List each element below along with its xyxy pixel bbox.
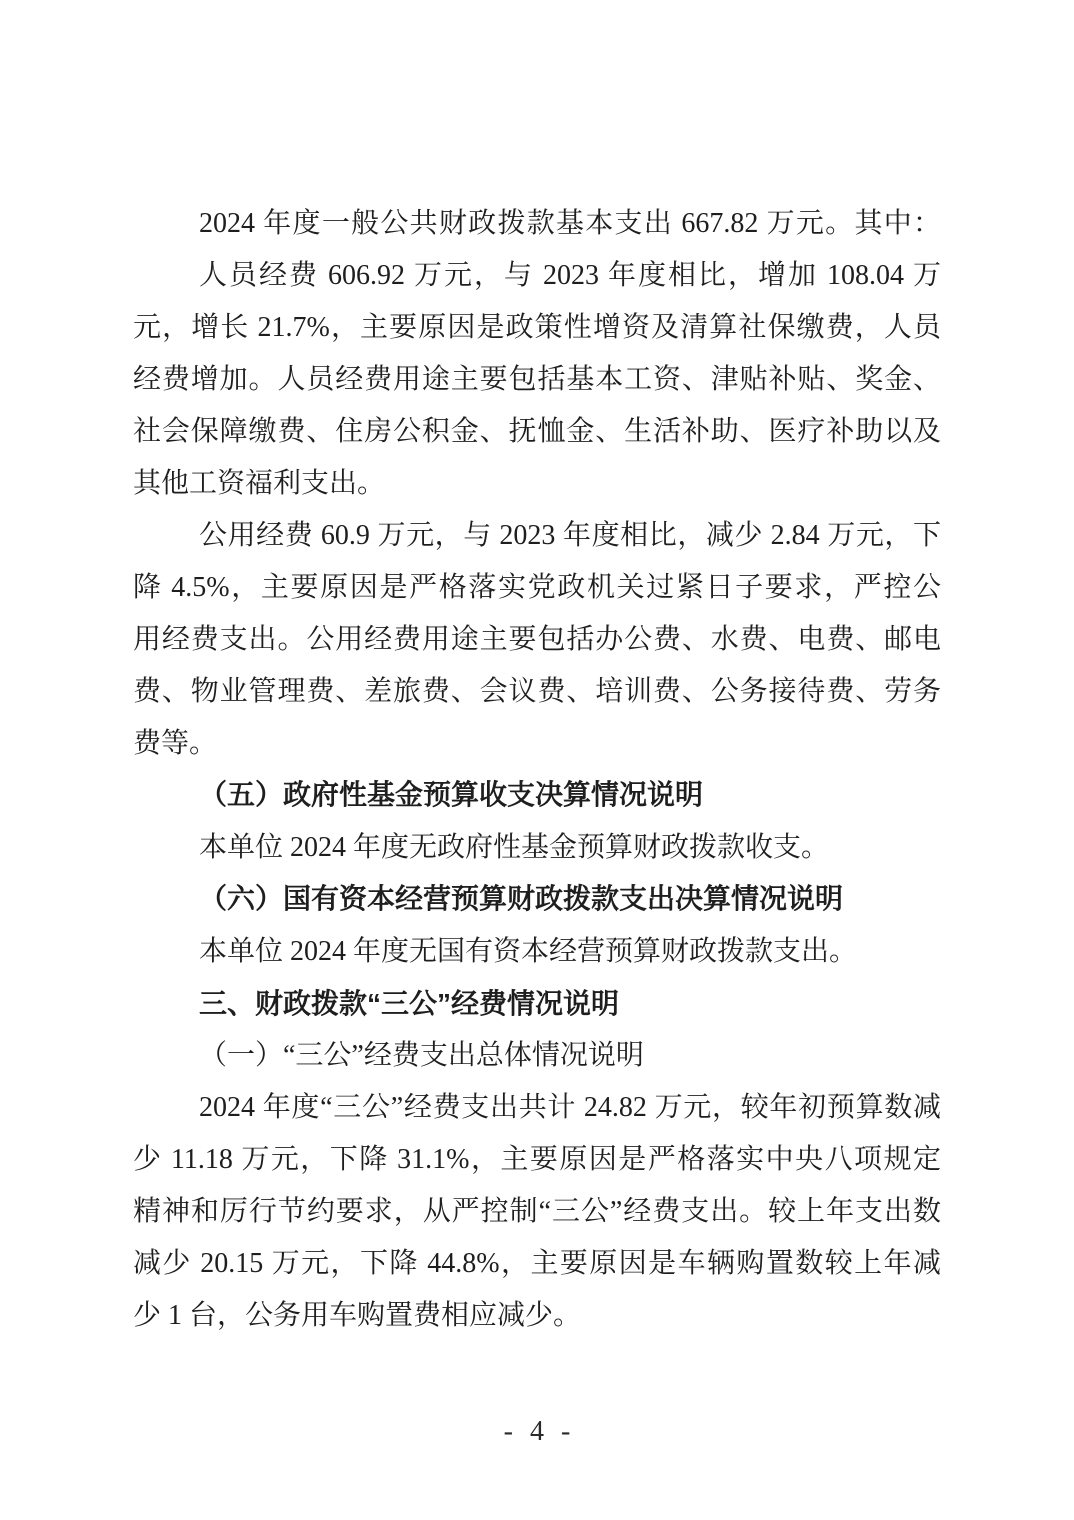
paragraph-line: 降 4.5%，主要原因是严格落实党政机关过紧日子要求，严控公 — [133, 562, 941, 614]
page-footer: - 4 - — [0, 1412, 1074, 1452]
paragraph-line: 经费增加。人员经费用途主要包括基本工资、津贴补贴、奖金、 — [133, 354, 941, 406]
paragraph-line: 少 11.18 万元，下降 31.1%，主要原因是严格落实中央八项规定 — [133, 1134, 941, 1186]
paragraph-line: 少 1 台，公务用车购置费相应减少。 — [133, 1290, 941, 1342]
paragraph-line: 其他工资福利支出。 — [133, 458, 941, 510]
paragraph-line: 公用经费 60.9 万元，与 2023 年度相比，减少 2.84 万元，下 — [133, 510, 941, 562]
paragraph-line: 费等。 — [133, 718, 941, 770]
paragraph-line: 元，增长 21.7%，主要原因是政策性增资及清算社保缴费，人员 — [133, 302, 941, 354]
paragraph-line: 本单位 2024 年度无国有资本经营预算财政拨款支出。 — [133, 926, 941, 978]
page-number: - 4 - — [504, 1416, 571, 1447]
paragraph-line: 2024 年度一般公共财政拨款基本支出 667.82 万元。其中： — [133, 198, 941, 250]
heading-section-five: （五）政府性基金预算收支决算情况说明 — [133, 770, 941, 822]
document-page: 2024 年度一般公共财政拨款基本支出 667.82 万元。其中： 人员经费 6… — [0, 0, 1074, 1520]
paragraph-line: 费、物业管理费、差旅费、会议费、培训费、公务接待费、劳务 — [133, 666, 941, 718]
paragraph-line: 用经费支出。公用经费用途主要包括办公费、水费、电费、邮电 — [133, 614, 941, 666]
paragraph-line: 本单位 2024 年度无政府性基金预算财政拨款收支。 — [133, 822, 941, 874]
paragraph-line: 精神和厉行节约要求，从严控制“三公”经费支出。较上年支出数 — [133, 1186, 941, 1238]
document-body: 2024 年度一般公共财政拨款基本支出 667.82 万元。其中： 人员经费 6… — [133, 198, 941, 1342]
paragraph-line: 社会保障缴费、住房公积金、抚恤金、生活补助、医疗补助以及 — [133, 406, 941, 458]
paragraph-line: 人员经费 606.92 万元，与 2023 年度相比，增加 108.04 万 — [133, 250, 941, 302]
heading-subsection-one: （一）“三公”经费支出总体情况说明 — [133, 1030, 941, 1082]
paragraph-line: 减少 20.15 万元，下降 44.8%，主要原因是车辆购置数较上年减 — [133, 1238, 941, 1290]
heading-section-six: （六）国有资本经营预算财政拨款支出决算情况说明 — [133, 874, 941, 926]
paragraph-line: 2024 年度“三公”经费支出共计 24.82 万元，较年初预算数减 — [133, 1082, 941, 1134]
heading-part-three: 三、财政拨款“三公”经费情况说明 — [133, 978, 941, 1030]
